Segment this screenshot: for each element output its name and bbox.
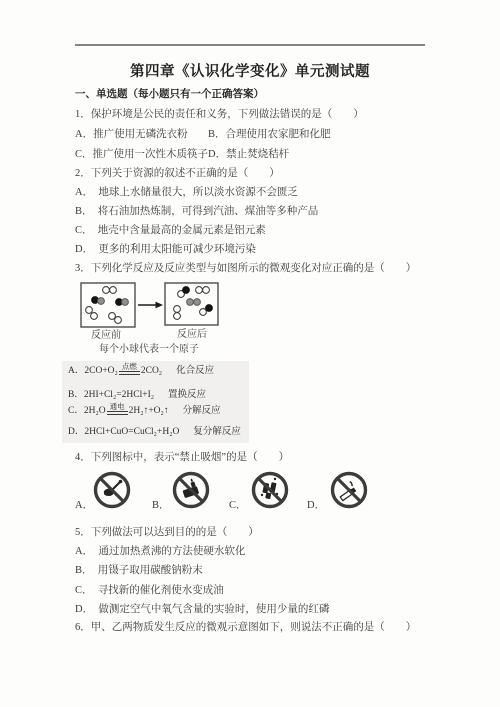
- no-open-flame-icon: [92, 470, 132, 510]
- q3-d-label: D．: [68, 426, 84, 439]
- atom-w: [86, 307, 93, 314]
- q3-a-type: 化合反应: [176, 365, 214, 378]
- atom-w: [110, 287, 117, 294]
- q3-a-products: 2CO₂: [141, 365, 162, 378]
- q3-option-c: C．2H₂O通电2H₂↑+O₂↑分解反应: [68, 396, 221, 418]
- q2-option-d: D． 更多的利用太阳能可减少环境污染: [75, 243, 256, 256]
- reaction-condition-bar: 通电: [107, 402, 128, 415]
- atom-w: [196, 287, 203, 294]
- question-2-text: 2．下列关于资源的叙述不正确的是（ ）: [75, 167, 280, 180]
- diagram-caption: 每个小球代表一个原子: [99, 343, 199, 356]
- q3-a-reactants: 2CO+O₂: [84, 365, 117, 378]
- page-title: 第四章《认识化学变化》单元测试题: [0, 60, 500, 81]
- atom-b: [183, 287, 190, 294]
- atom-w: [109, 313, 116, 320]
- q5-option-a: A． 通过加热煮沸的方法使硬水软化: [75, 545, 245, 558]
- q3-c-label: C．: [68, 405, 84, 418]
- q4-option-d-label: D．: [307, 499, 325, 512]
- question-6-text: 6．甲、乙两物质发生反应的微观示意图如下，则说法不正确的是（ ）: [75, 621, 416, 634]
- q3-option-d: D．2HCl+CuO=CuCl₂+H₂O复分解反应: [68, 426, 241, 439]
- atom-g: [98, 298, 105, 305]
- q2-option-b: B． 将石油加热炼制，可得到汽油、煤油等多种产品: [75, 205, 318, 218]
- q3-c-reactants: 2H₂O: [84, 405, 106, 418]
- q3-c-condition: 通电: [110, 402, 125, 411]
- atom-w: [115, 317, 122, 324]
- diagram-label-after: 反应后: [177, 328, 207, 341]
- no-firecrackers-icon: [250, 470, 290, 510]
- q4-option-a-label: A．: [75, 499, 93, 512]
- atom-w: [203, 287, 210, 294]
- no-smoking-icon: [329, 470, 369, 510]
- q1-option-c: C．推广使用一次性木质筷子: [75, 148, 208, 161]
- q3-d-formula: 2HCl+CuO=CuCl₂+H₂O: [84, 426, 179, 439]
- header-divider: [75, 44, 425, 46]
- question-1-text: 1．保护环境是公民的责任和义务，下列做法错误的是（ ）: [75, 108, 364, 121]
- q4-option-c-label: C．: [229, 499, 247, 512]
- q3-c-type: 分解反应: [183, 405, 221, 418]
- q1-option-b: B．合理使用农家肥和化肥: [208, 128, 331, 141]
- section-heading: 一、单选题（每小题只有一个正确答案）: [75, 86, 264, 101]
- q3-a-condition: 点燃: [122, 362, 137, 371]
- atom-w: [174, 306, 181, 313]
- document-page: 第四章《认识化学变化》单元测试题 一、单选题（每小题只有一个正确答案） 1．保护…: [0, 0, 500, 707]
- question-3-text: 3．下列化学反应及反应类型与如图所示的微观变化对应正确的是（ ）: [75, 262, 416, 275]
- q3-c-products: 2H₂↑+O₂↑: [129, 405, 169, 418]
- atom-b: [206, 305, 213, 312]
- atom-g: [194, 299, 201, 306]
- q5-option-b: B． 用镊子取用碳酸钠粉末: [75, 564, 203, 577]
- q2-option-c: C． 地壳中含量最高的金属元素是铝元素: [75, 224, 266, 237]
- no-lighter-icon: [171, 470, 211, 510]
- atom-w: [200, 309, 207, 316]
- atom-w: [91, 313, 98, 320]
- q1-option-d: D．禁止焚烧秸杆: [208, 148, 289, 161]
- diagram-label-before: 反应前: [91, 329, 121, 342]
- atom-g: [122, 299, 129, 306]
- question-5-text: 5．下列做法可以达到目的的是（ ）: [75, 526, 259, 539]
- q2-option-a: A． 地球上水储量很大，所以淡水资源不会匮乏: [75, 186, 298, 199]
- question-4-text: 4．下列图标中，表示“禁止吸烟”的是（ ）: [75, 451, 289, 464]
- q4-option-b-label: B．: [152, 499, 170, 512]
- q3-a-label: A．: [68, 365, 84, 378]
- q5-option-d: D． 做测定空气中氧气含量的实验时，使用少量的红磷: [75, 603, 329, 616]
- atom-w: [174, 313, 181, 320]
- q5-option-c: C． 寻找新的催化剂使水变成油: [75, 584, 224, 597]
- atom-g: [187, 299, 194, 306]
- q1-option-a: A．推广使用无磷洗衣粉: [75, 128, 188, 141]
- atom-w: [103, 287, 110, 294]
- q3-option-a: A．2CO+O₂点燃2CO₂化合反应: [68, 356, 214, 378]
- q3-d-type: 复分解反应: [193, 426, 241, 439]
- reaction-condition-bar: 点燃: [119, 362, 140, 375]
